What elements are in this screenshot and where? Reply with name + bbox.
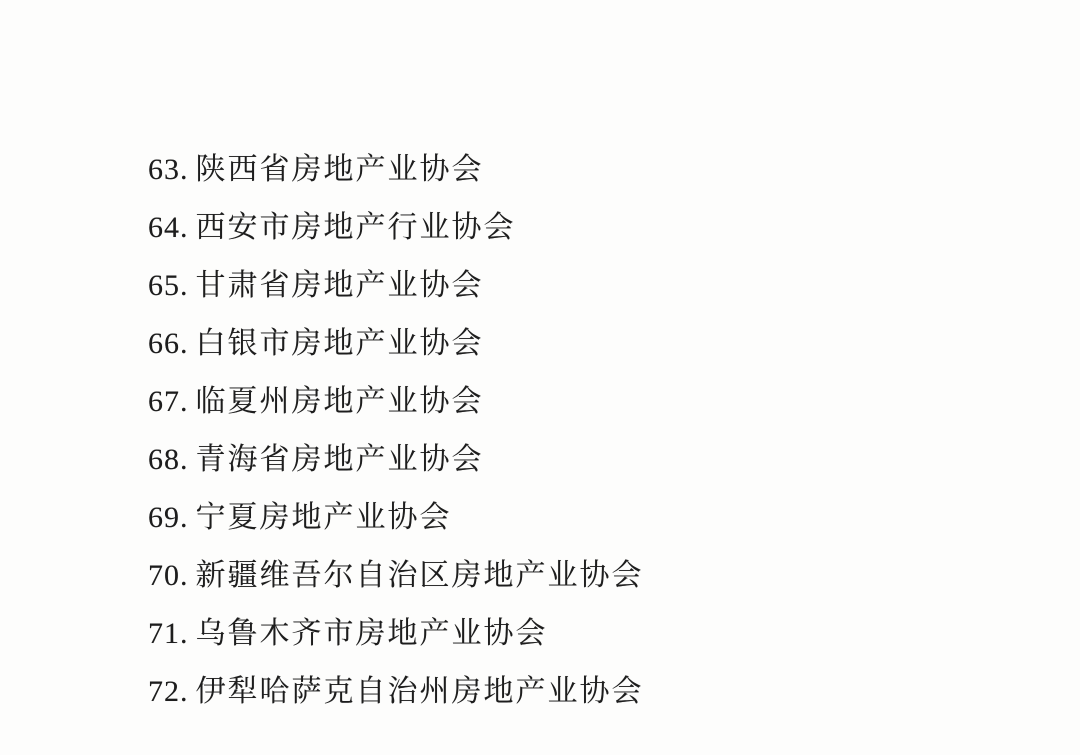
item-number: 67. [148,373,189,431]
list-item: 67.临夏州房地产业协会 [148,373,1040,431]
item-number: 69. [148,489,189,547]
item-name: 伊犁哈萨克自治州房地产业协会 [196,675,644,708]
item-name: 青海省房地产业协会 [196,443,484,476]
document-page: 63.陕西省房地产业协会 64.西安市房地产行业协会 65.甘肃省房地产业协会 … [0,0,1080,755]
list-item: 71.乌鲁木齐市房地产业协会 [148,605,1040,663]
item-number: 66. [148,315,189,373]
item-name: 临夏州房地产业协会 [196,385,484,418]
item-number: 65. [148,257,189,315]
item-name: 乌鲁木齐市房地产业协会 [196,617,548,650]
list-item: 72.伊犁哈萨克自治州房地产业协会 [148,663,1040,721]
list-item: 65.甘肃省房地产业协会 [148,257,1040,315]
item-number: 63. [148,141,189,199]
item-number: 72. [148,663,189,721]
item-number: 64. [148,199,189,257]
list-item: 64.西安市房地产行业协会 [148,199,1040,257]
list-item: 69.宁夏房地产业协会 [148,489,1040,547]
item-number: 71. [148,605,189,663]
list-item: 66.白银市房地产业协会 [148,315,1040,373]
item-name: 西安市房地产行业协会 [196,211,516,244]
association-list: 63.陕西省房地产业协会 64.西安市房地产行业协会 65.甘肃省房地产业协会 … [148,141,1040,721]
item-name: 新疆维吾尔自治区房地产业协会 [196,559,644,592]
list-item: 70.新疆维吾尔自治区房地产业协会 [148,547,1040,605]
item-number: 68. [148,431,189,489]
item-name: 陕西省房地产业协会 [196,153,484,186]
item-number: 70. [148,547,189,605]
list-item: 63.陕西省房地产业协会 [148,141,1040,199]
item-name: 白银市房地产业协会 [196,327,484,360]
item-name: 宁夏房地产业协会 [196,501,452,534]
list-item: 68.青海省房地产业协会 [148,431,1040,489]
item-name: 甘肃省房地产业协会 [196,269,484,302]
